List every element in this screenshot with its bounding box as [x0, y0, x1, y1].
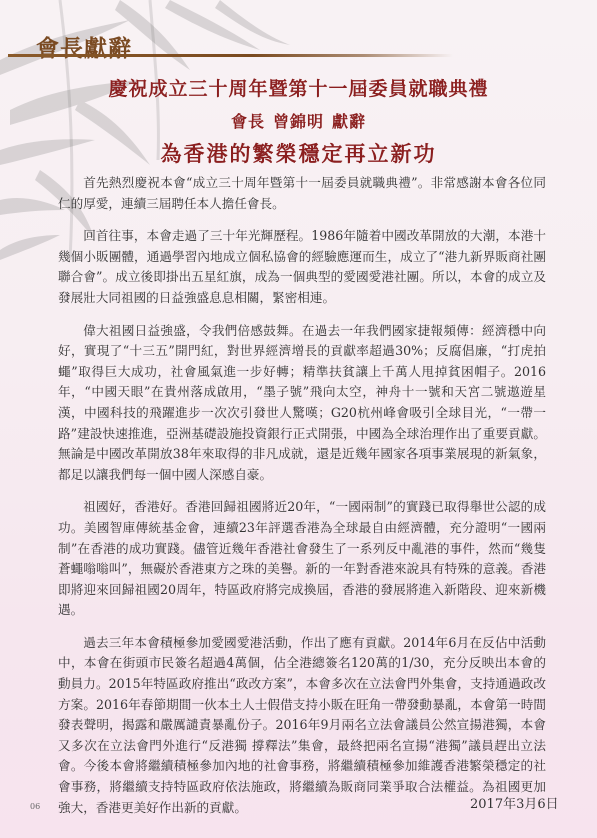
author-name: 曾錦明 [273, 112, 324, 131]
event-title: 慶祝成立三十周年暨第十一屆委員就職典禮 [0, 77, 597, 101]
article-body: 首先熱烈慶祝本會“成立三十周年暨第十一屆委員就職典禮”。非常感謝本會各位同仁的厚… [58, 173, 546, 830]
headline: 為香港的繁榮穩定再立新功 [0, 141, 597, 167]
author-suffix: 獻辭 [332, 112, 366, 131]
paragraph-4: 祖國好，香港好。香港回歸祖國將近20年，“一國兩制”的實踐已取得舉世公認的成功。… [58, 497, 546, 621]
paragraph-3: 偉大祖國日益強盛，令我們倍感鼓舞。在過去一年我們國家捷報頻傳：經濟穩中向好，實現… [58, 321, 546, 486]
signature-date: 2017年3月6日 [470, 793, 559, 812]
paragraph-2: 回首往事，本會走過了三十年光輝歷程。1986年隨着中國改革開放的大潮，本港十幾個… [58, 226, 546, 308]
paragraph-1: 首先熱烈慶祝本會“成立三十周年暨第十一屆委員就職典禮”。非常感謝本會各位同仁的厚… [58, 173, 546, 214]
author-line: 會長曾錦明獻辭 [0, 112, 597, 132]
page-number: 06 [30, 802, 40, 811]
title-block: 慶祝成立三十周年暨第十一屆委員就職典禮 會長曾錦明獻辭 為香港的繁榮穩定再立新功 [0, 77, 597, 167]
section-header: 會長獻辭 [36, 30, 132, 63]
author-role: 會長 [231, 112, 265, 131]
header-divider [8, 54, 453, 57]
paragraph-5: 過去三年本會積極參加愛國愛港活動，作出了應有貢獻。2014年6月在反佔中活動中，… [58, 633, 546, 818]
